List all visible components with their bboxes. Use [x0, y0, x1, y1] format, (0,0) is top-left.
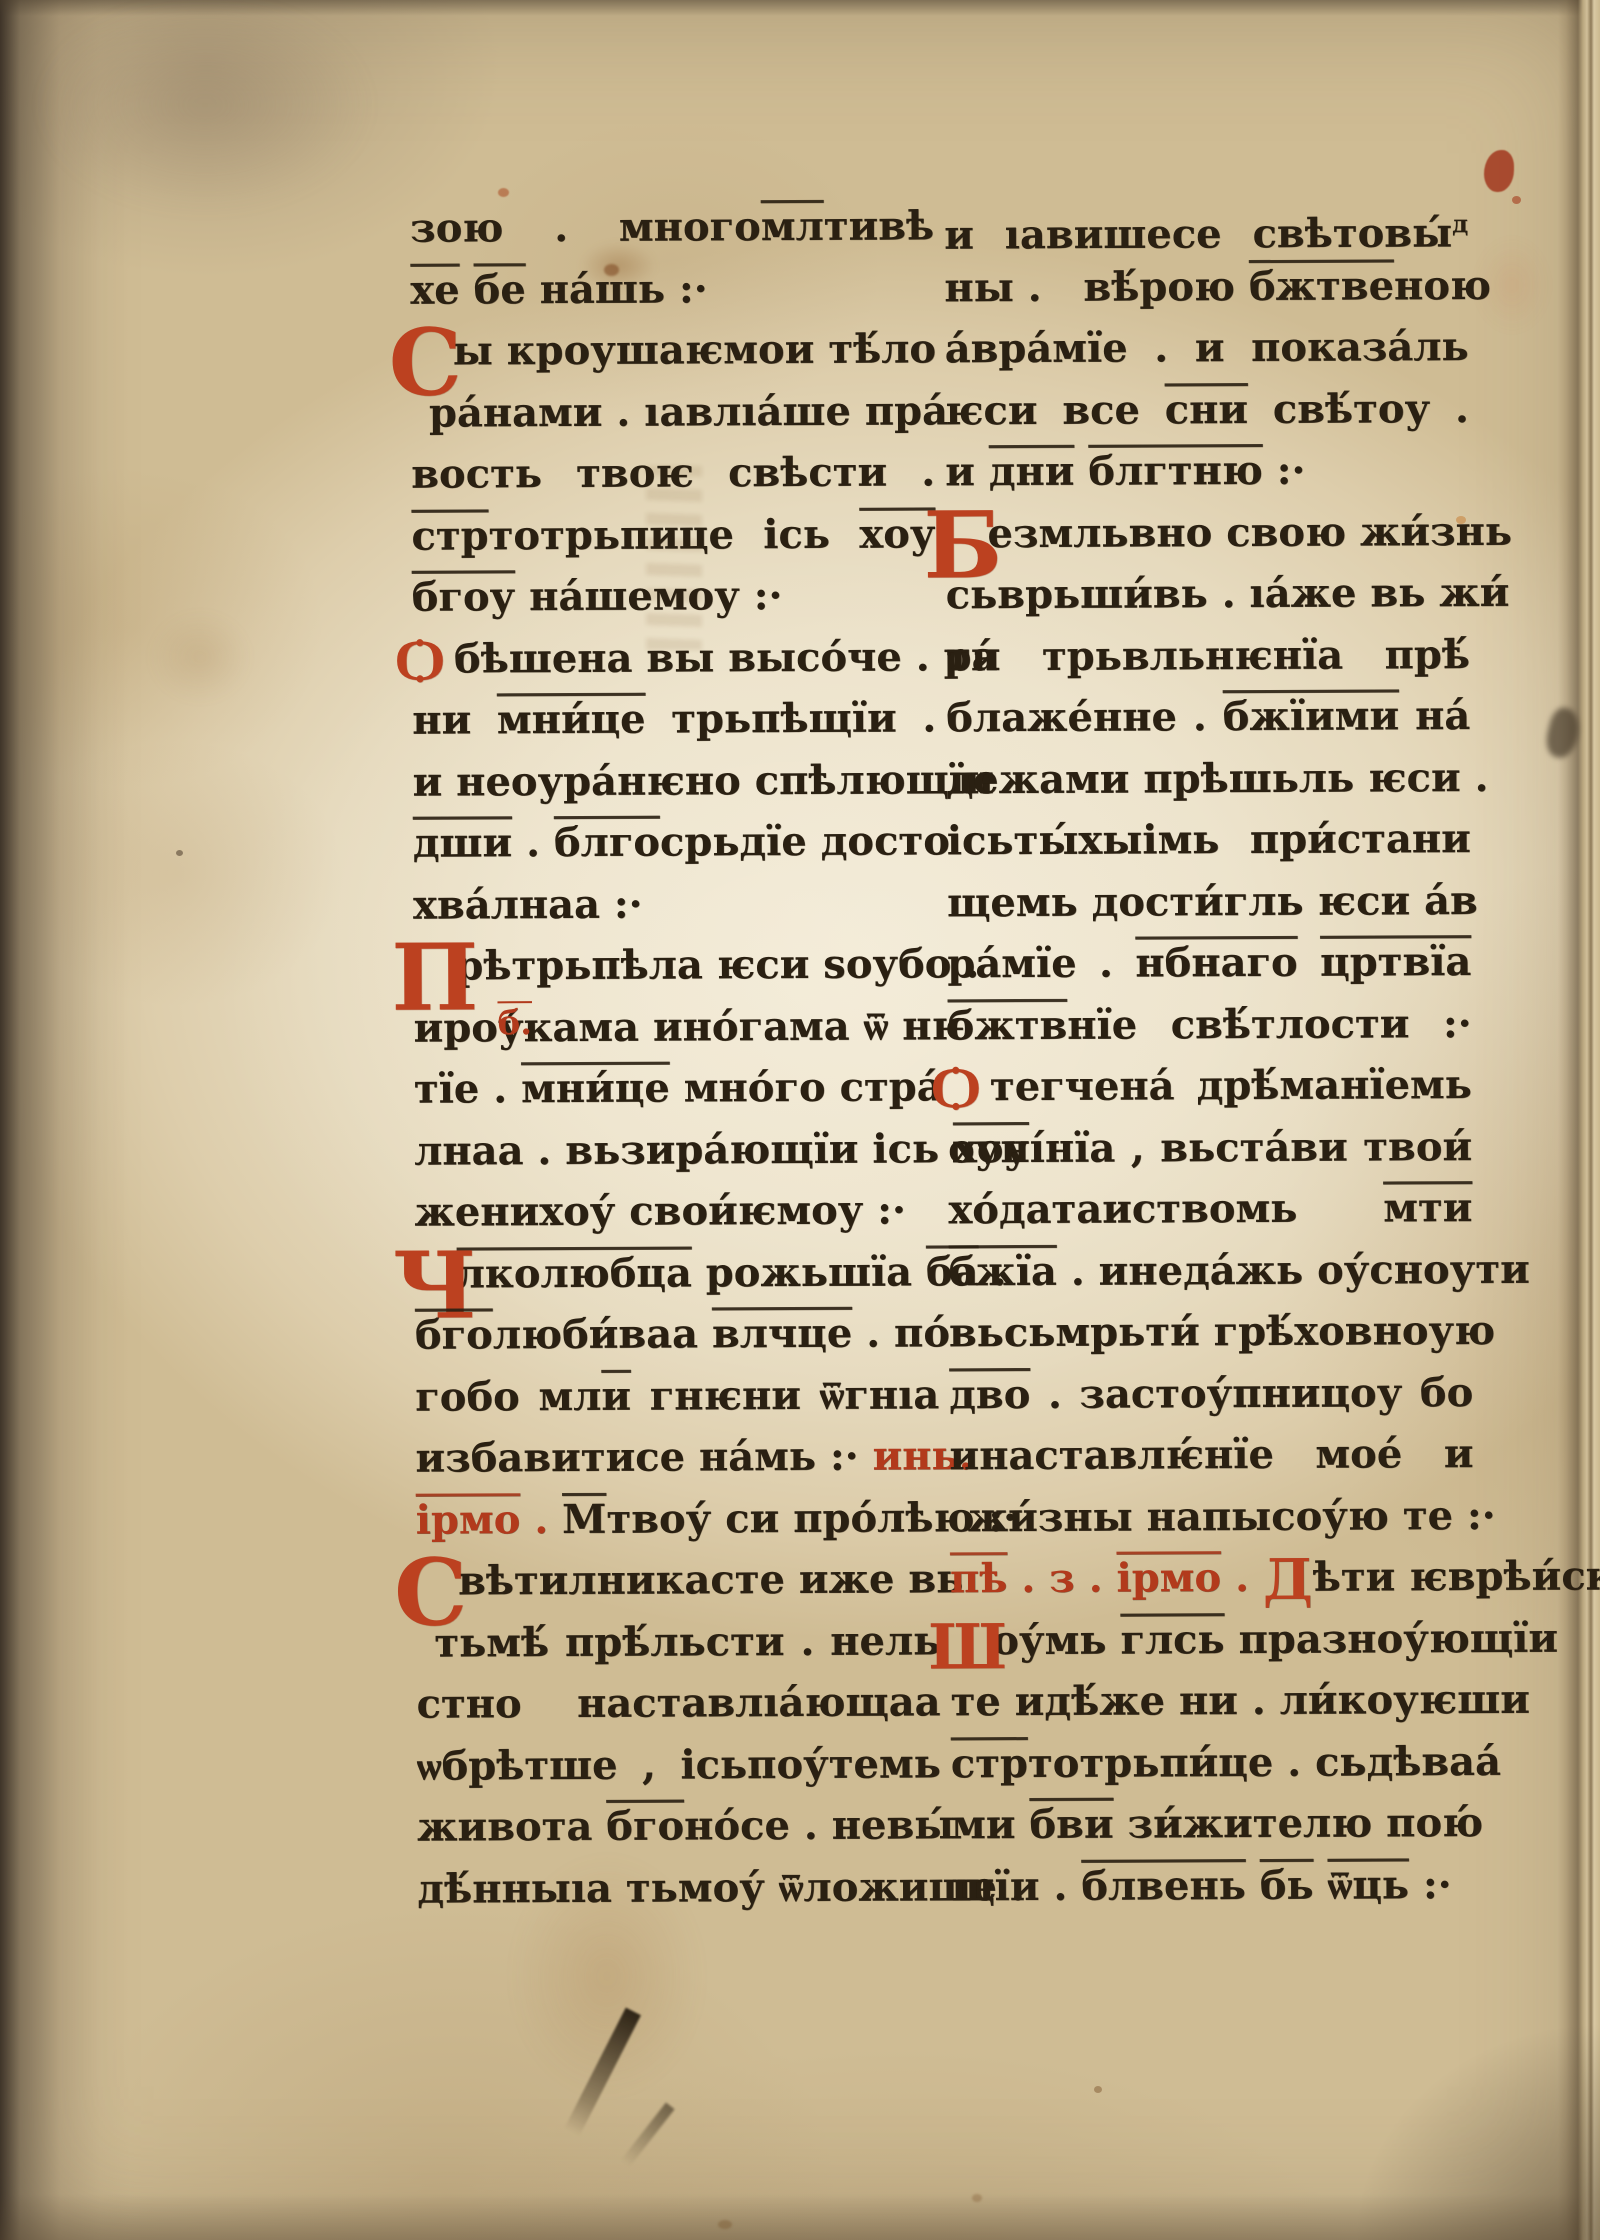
text-line: Сы кроушаѥмои тѣ́ло	[411, 318, 935, 382]
ink-text: :·	[1263, 447, 1306, 494]
text-line: гобо мли гнѥни ѿгнıа	[415, 1364, 939, 1428]
text-line: а́вра́мїе . и показа́ль	[945, 316, 1469, 380]
ink-text: ѿць	[1327, 1861, 1409, 1908]
ink-text: .	[512, 819, 554, 866]
ink-text: рожьшїа	[692, 1248, 926, 1296]
ink-text	[1074, 448, 1088, 495]
text-line: и неоура́нѥно спѣлющїи	[412, 749, 936, 813]
ink-text: мни́це	[521, 1065, 670, 1113]
ink-text: М	[562, 1495, 606, 1542]
text-line: бгоу на́шемоу :·	[412, 564, 936, 628]
text-line: хва́лнаа :·	[413, 872, 937, 936]
ink-text: бго	[415, 1311, 493, 1358]
ink-text: оу́мь	[992, 1616, 1120, 1664]
ink-text: ми	[951, 1801, 1030, 1848]
ink-text: и	[945, 448, 989, 495]
ink-text: ра́нами . ıавлıа́ше пра́	[429, 387, 948, 436]
text-line: тьмѣ́ прѣ́льсти . нель	[416, 1610, 940, 1674]
text-line: ісьты́хыімь при́стани	[947, 808, 1471, 872]
ink-text: ы кроушаѥмои тѣ́ло	[453, 325, 937, 374]
text-line: инаставлѥ́нїе мое́ и	[949, 1423, 1473, 1487]
ink-text: на́шь :·	[526, 265, 708, 313]
ink-text: щїи .	[951, 1862, 1081, 1910]
ink-text: трьпѣщїи .	[645, 694, 936, 742]
text-line: жи́зны напысоу́ю те :·	[950, 1485, 1474, 1549]
text-line: хо́датаиствомь мти	[948, 1177, 1472, 1241]
text-line: ми бви зи́жителю пою́	[951, 1792, 1475, 1856]
ink-text: цртвїа	[1320, 938, 1471, 986]
ink-text: и неоура́нѥно спѣлющїи	[412, 756, 994, 806]
ink-text: вьсьмрьти́ грѣ́ховноую	[949, 1307, 1495, 1356]
text-line: ѥси все сни свѣ́тоу .	[945, 378, 1469, 442]
ink-text: празноу́ющїи	[1224, 1614, 1558, 1662]
ink-text: дши	[413, 819, 513, 866]
text-line: и дни блгтню :·	[945, 439, 1469, 503]
ink-text: стр	[411, 512, 488, 559]
text-line: ти трьвльнѥнїа прѣ́	[946, 624, 1470, 688]
text-line: бжтвнїе свѣ́тлости :·	[947, 993, 1471, 1057]
ink-text: зи́жителю пою́	[1113, 1799, 1483, 1848]
rubric-text: ірмо	[1116, 1554, 1221, 1601]
text-line: стртотрьпице ісь хоу	[411, 503, 935, 567]
ink-text: нїе свѣ́тлости :·	[1067, 1000, 1472, 1049]
text-line: хе бе на́шь :·	[410, 257, 934, 321]
ink-text: тивѣ	[824, 202, 935, 249]
ink-text: блго	[554, 819, 660, 866]
ink-text: рѣтрьпѣла ѥси ѕоубо .	[455, 940, 979, 989]
ink-text: блвень	[1081, 1862, 1246, 1910]
text-column-left: зою . многомлтивѣхе бе на́шь :·Сы кроуша…	[410, 195, 942, 1919]
text-line: Свѣтилникасте иже вь	[416, 1548, 940, 1612]
ink-text: бжтв	[947, 1001, 1067, 1049]
manuscript-photo: зою . многомлтивѣхе бе на́шь :·Сы кроуша…	[0, 0, 1600, 2240]
ink-text: тотрьпи́це . сьдѣваа́	[1028, 1737, 1501, 1786]
text-line: дво . застоу́пницоу бо	[949, 1362, 1473, 1426]
ink-text: а́вра́мїе . и показа́ль	[945, 323, 1469, 372]
text-block: зою . многомлтивѣхе бе на́шь :·Сы кроуша…	[0, 0, 1600, 2240]
ink-text: бжтве	[1249, 262, 1394, 310]
ink-text: щемь дости́гль ѥси а́в	[947, 877, 1478, 926]
text-line: стртотрьпи́це . сьдѣваа́	[951, 1731, 1475, 1795]
ink-text: бжїими	[1223, 692, 1400, 740]
text-line: щемь дости́гль ѥси а́в	[947, 870, 1471, 934]
ink-text: ни	[412, 696, 497, 743]
ink-text: хва́лнаа :·	[413, 880, 643, 928]
ink-text: ра́мїе .	[947, 940, 1135, 988]
text-line: вость твоѥ свѣсти .	[411, 441, 935, 505]
ink-text: ісьты́хыімь при́стани	[947, 815, 1471, 864]
ink-text: ѣти ѥврѣи́скыѥ :·	[1313, 1552, 1600, 1601]
ink-text: живота	[417, 1803, 606, 1851]
ink-text: вѣтилникасте иже вь	[458, 1555, 963, 1604]
ink-text: ѥси все	[945, 386, 1165, 434]
ink-text: бви	[1029, 1801, 1113, 1848]
ink-text: нбнаго	[1135, 939, 1298, 987]
text-line: ни мни́це трьпѣщїи .	[412, 687, 936, 751]
ink-text: жи́зны напысоу́ю те :·	[968, 1491, 1496, 1540]
ink-text	[1246, 1862, 1260, 1909]
text-line: те идѣ́же ни . ли́коуѥши	[950, 1669, 1474, 1733]
ink-text: . по́	[852, 1309, 950, 1356]
ink-text: дни	[989, 448, 1075, 495]
ink-text: оуні́нїа , вьста́ви твои́	[948, 1123, 1472, 1172]
ink-text: бе	[474, 266, 526, 313]
ink-text: избавитисе на́мь :·	[415, 1433, 872, 1482]
ink-text: и	[601, 1372, 631, 1419]
ink-text: дво	[949, 1370, 1030, 1417]
ink-text: . инеда́жь оу́сноути	[1057, 1245, 1530, 1294]
text-line: оуні́нїа , вьста́ви твои́	[948, 1116, 1472, 1180]
text-line: дежами прѣшьль ѥси .	[946, 747, 1470, 811]
text-column-right: и ıавишесе свѣтовы́дны . вѣ́рою бжтвеною…	[944, 193, 1476, 1917]
rubric-text: .	[1221, 1554, 1263, 1601]
rubric-initial: Ѻ	[396, 630, 444, 688]
ink-text: срьдїе досто	[660, 817, 950, 865]
ink-text: д	[1452, 209, 1468, 238]
ink-text: влчце	[712, 1310, 852, 1358]
text-line: избавитисе на́мь :· инь.	[415, 1425, 939, 1489]
ink-text: глсь	[1120, 1616, 1224, 1663]
rubric-text: Д	[1263, 1547, 1313, 1613]
text-line: ны . вѣ́рою бжтвеною	[944, 255, 1468, 319]
ink-text: и ıавишесе свѣтовы́	[944, 209, 1452, 258]
text-line: и ıавишесе свѣтовы́д	[944, 193, 1468, 257]
ink-text: люби́ваа	[493, 1310, 712, 1358]
ink-text: блгтню	[1088, 447, 1263, 495]
text-line: Члколюбца рожьшїа ба .	[415, 1241, 939, 1305]
ink-text: мти	[1383, 1184, 1472, 1231]
text-line: сьврьши́вь . ıа́же вь жи́	[946, 562, 1470, 626]
ink-text: свѣ́тоу .	[1248, 385, 1469, 433]
rubric-text: пѣ	[950, 1555, 1008, 1602]
ink-text: хе	[410, 266, 460, 313]
ink-text: бь	[1260, 1861, 1314, 1908]
ink-text	[1313, 1861, 1327, 1908]
ink-text: дѣ́нныıа тьмоу́ ѿложише .	[417, 1863, 1025, 1913]
text-line: дши . блгосрьдїе досто	[413, 810, 937, 874]
rubric-text: .	[520, 1496, 562, 1543]
ink-text: гнѥни ѿгнıа	[631, 1371, 939, 1419]
text-line: живота бгоно́се . невы́	[417, 1794, 941, 1858]
ink-text: сни	[1165, 386, 1249, 433]
text-line: Ѻбѣшена вы высо́че . ра́	[412, 626, 936, 690]
text-line: блаже́нне . бжїими на́	[946, 685, 1470, 749]
ink-text: . застоу́пницоу бо	[1030, 1369, 1473, 1418]
ink-text: но́се . невы́	[684, 1801, 954, 1849]
ink-text: хо́датаиствомь	[948, 1184, 1383, 1233]
text-line: ра́нами . ıавлıа́ше пра́	[411, 380, 935, 444]
ink-text: лнаа . вьзира́ющїи ісь	[414, 1125, 953, 1174]
ink-text	[1298, 939, 1321, 986]
text-line: зою . многомлтивѣ	[410, 195, 934, 259]
ink-text: бжїа	[949, 1247, 1057, 1294]
ink-text: сьврьши́вь . ıа́же вь жи́	[946, 569, 1510, 618]
rubric-text: . з .	[1007, 1555, 1116, 1602]
ink-text: блаже́нне .	[946, 693, 1223, 741]
ink-text: тотрьпице ісь	[488, 510, 859, 559]
ink-text: дежами прѣшьль ѥси .	[946, 753, 1488, 802]
text-line: ѡбрѣтше , ісьпоу́темь	[417, 1733, 941, 1797]
rubric-initial: Ѻ	[932, 1058, 980, 1116]
ink-text: гобо мл	[415, 1372, 601, 1420]
text-line: Прѣтрьпѣла ѥси ѕоубо .	[413, 933, 937, 997]
text-line: бголюби́ваа влчце . по́	[415, 1302, 939, 1366]
ink-text: мл	[761, 203, 824, 250]
ink-text: лколюбца	[457, 1249, 692, 1297]
ink-text: бѣшена вы высо́че . ра́	[454, 633, 998, 682]
rubric-initial: Ш	[928, 1616, 1007, 1678]
ink-text: инаставлѥ́нїе мое́ и	[949, 1430, 1473, 1479]
text-line: лнаа . вьзира́ющїи ісь хоу	[414, 1118, 938, 1182]
ink-text: вость твоѥ свѣсти .	[411, 448, 935, 497]
ink-text: тьмѣ́ прѣ́льсти . нель	[434, 1617, 940, 1666]
text-line: Безмльвно свою жи́знь	[945, 501, 1469, 565]
ink-text: бгоу	[412, 573, 516, 620]
ink-text	[460, 266, 474, 313]
text-line: женихоу́ свои́ѥмоу :·	[414, 1179, 938, 1243]
text-line: дѣ́нныıа тьмоу́ ѿложише .	[417, 1856, 941, 1920]
text-line: Шоу́мь глсь празноу́ющїи	[950, 1608, 1474, 1672]
ink-text: на́	[1399, 692, 1470, 739]
text-line: ірмо . Мтвоу́ си про́лѣю :·	[416, 1487, 940, 1551]
ink-text: тїе .	[414, 1065, 521, 1112]
text-line: Ѻтегчена́ дрѣ́манїемь	[948, 1054, 1472, 1118]
ink-text: ѡбрѣтше , ісьпоу́темь	[417, 1740, 941, 1789]
text-line: стно наставлıа́ющаа	[416, 1671, 940, 1735]
ink-text: женихоу́ свои́ѥмоу :·	[414, 1187, 906, 1236]
ink-text: стно наставлıа́ющаа	[416, 1678, 940, 1727]
ink-text: езмльвно свою жи́знь	[987, 507, 1512, 556]
ink-text: ти трьвльнѥнїа прѣ́	[946, 631, 1470, 680]
ink-text: зою . много	[410, 203, 761, 252]
ink-text: мни́це	[497, 696, 646, 744]
text-line: тїе . мни́це мно́го стра́	[414, 1056, 938, 1120]
ink-text: на́шемоу :·	[515, 572, 782, 620]
text-line: вьсьмрьти́ грѣ́ховноую	[949, 1300, 1473, 1364]
ink-text: стр	[951, 1740, 1028, 1787]
text-line: пѣ . з . ірмо . Дѣти ѥврѣи́скыѥ :·	[950, 1546, 1474, 1610]
margin-note-rubric: б.	[497, 1003, 532, 1043]
text-line: ра́мїе . нбнаго цртвїа	[947, 931, 1471, 995]
ink-text: ны . вѣ́рою	[944, 263, 1249, 311]
text-line: щїи . блвень бь ѿць :·	[951, 1854, 1475, 1918]
ink-text: бго	[606, 1803, 684, 1850]
rubric-text: ірмо	[416, 1496, 521, 1543]
text-line: бжїа . инеда́жь оу́сноути	[949, 1239, 1473, 1303]
ink-text: мно́го стра́	[670, 1063, 943, 1111]
ink-text: :·	[1409, 1861, 1452, 1908]
ink-text: те идѣ́же ни . ли́коуѥши	[950, 1676, 1530, 1726]
ink-text: тегчена́ дрѣ́манїемь	[990, 1061, 1472, 1110]
text-line: ироу́кама ино́гама ѿ нѥ	[413, 995, 937, 1059]
ink-text: ною	[1394, 261, 1491, 308]
